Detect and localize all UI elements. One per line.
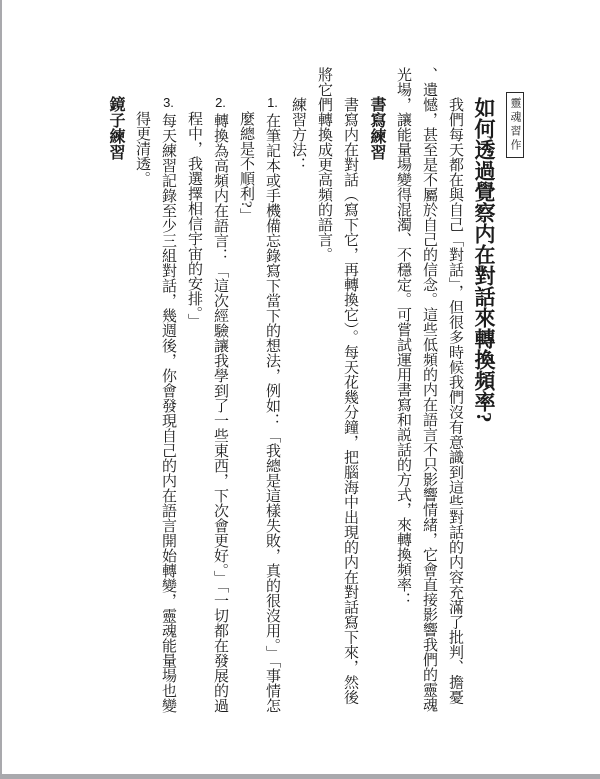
soul-practice-tag: 靈魂習作 (506, 92, 524, 158)
step-item-3: 3. 每天練習記錄至少三組對話，幾週後，你會發現自己的内在語言開始轉變，靈魂能量… (129, 67, 181, 715)
page-bottom-edge (0, 774, 600, 779)
step-text-2: 轉換為高頻内在語言：「這次經驗讓我學到了一些東西，下次會更好。」「一切都在發展的… (186, 111, 228, 713)
writing-practice-heading: 書寫練習 (363, 67, 390, 715)
step-number-1: 1. (265, 96, 280, 109)
vertical-text-content: 靈魂習作 如何透過覺察内在對話來轉換頻率? 我們每天都在與自己「對話」，但很多時… (102, 67, 530, 715)
step-number-3: 3. (161, 96, 176, 109)
tag-row: 靈魂習作 (500, 67, 530, 715)
method-label: 練習方法： (285, 67, 311, 715)
page-title: 如何透過覺察内在對話來轉換頻率? (468, 67, 500, 715)
step-item-2: 2. 轉換為高頻内在語言：「這次經驗讓我學到了一些東西，下次會更好。」「一切都在… (181, 67, 233, 715)
step-number-2: 2. (213, 96, 228, 109)
step-text-1: 在筆記本或手機備忘錄寫下當下的想法，例如：「我總是這樣失敗，真的很沒用。」「事情… (238, 111, 280, 713)
intro-paragraph: 我們每天都在與自己「對話」，但很多時候我們沒有意識到這些對話的内容充滿了批判、擔… (390, 67, 468, 715)
practice-steps-list: 1. 在筆記本或手機備忘錄寫下當下的想法，例如：「我總是這樣失敗，真的很沒用。」… (129, 67, 285, 715)
page-left-edge (0, 0, 2, 774)
step-item-1: 1. 在筆記本或手機備忘錄寫下當下的想法，例如：「我總是這樣失敗，真的很沒用。」… (233, 67, 285, 715)
mirror-practice-heading: 鏡子練習 (102, 67, 129, 715)
writing-practice-paragraph: 書寫内在對話（寫下它，再轉換它）。每天花幾分鐘，把腦海中出現的内在對話寫下來，然… (311, 67, 363, 715)
document-page: 靈魂習作 如何透過覺察内在對話來轉換頻率? 我們每天都在與自己「對話」，但很多時… (0, 0, 600, 779)
step-text-3: 每天練習記錄至少三組對話，幾週後，你會發現自己的内在語言開始轉變，靈魂能量場也變… (134, 111, 176, 713)
